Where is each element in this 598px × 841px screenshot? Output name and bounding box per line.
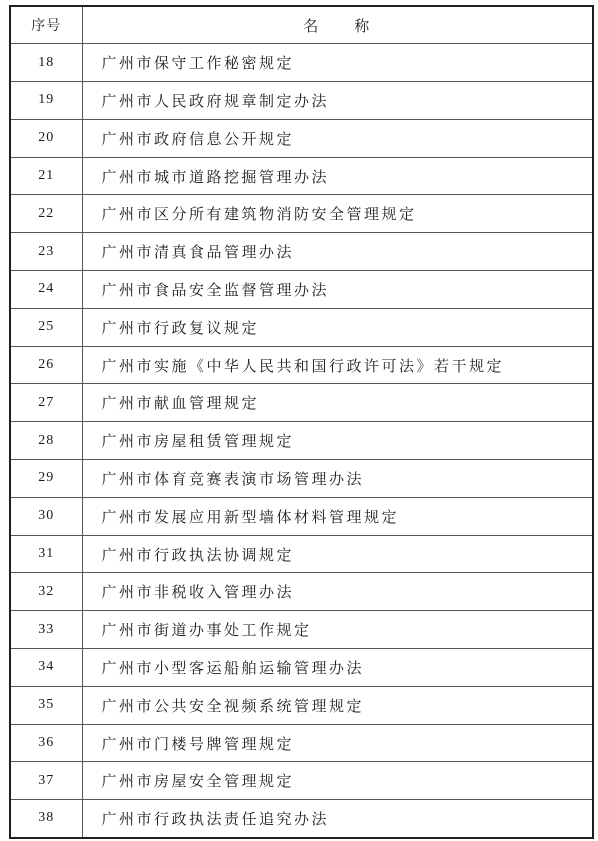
row-serial-number: 20: [10, 119, 82, 157]
row-regulation-name: 广州市房屋安全管理规定: [82, 762, 593, 800]
row-serial-number: 18: [10, 44, 82, 82]
row-serial-number: 28: [10, 422, 82, 460]
row-regulation-name: 广州市献血管理规定: [82, 384, 593, 422]
row-serial-number: 38: [10, 800, 82, 838]
row-regulation-name: 广州市行政执法责任追究办法: [82, 800, 593, 838]
row-regulation-name: 广州市政府信息公开规定: [82, 119, 593, 157]
row-regulation-name: 广州市区分所有建筑物消防安全管理规定: [82, 195, 593, 233]
header-cell-name: 名 称: [82, 6, 593, 44]
row-serial-number: 24: [10, 271, 82, 309]
row-serial-number: 35: [10, 686, 82, 724]
row-regulation-name: 广州市行政执法协调规定: [82, 535, 593, 573]
row-serial-number: 29: [10, 460, 82, 498]
row-regulation-name: 广州市实施《中华人民共和国行政许可法》若干规定: [82, 346, 593, 384]
row-regulation-name: 广州市街道办事处工作规定: [82, 611, 593, 649]
table-row: 37 广州市房屋安全管理规定: [10, 762, 593, 800]
row-regulation-name: 广州市非税收入管理办法: [82, 573, 593, 611]
table-row: 25 广州市行政复议规定: [10, 308, 593, 346]
table-row: 27 广州市献血管理规定: [10, 384, 593, 422]
table-row: 20 广州市政府信息公开规定: [10, 119, 593, 157]
table-row: 18 广州市保守工作秘密规定: [10, 44, 593, 82]
row-serial-number: 26: [10, 346, 82, 384]
row-regulation-name: 广州市城市道路挖掘管理办法: [82, 157, 593, 195]
table-row: 33 广州市街道办事处工作规定: [10, 611, 593, 649]
row-serial-number: 23: [10, 233, 82, 271]
table-row: 28 广州市房屋租赁管理规定: [10, 422, 593, 460]
row-serial-number: 27: [10, 384, 82, 422]
row-regulation-name: 广州市发展应用新型墙体材料管理规定: [82, 497, 593, 535]
table-row: 29 广州市体育竞赛表演市场管理办法: [10, 460, 593, 498]
table-row: 30 广州市发展应用新型墙体材料管理规定: [10, 497, 593, 535]
header-cell-serial-number: 序号: [10, 6, 82, 44]
row-serial-number: 36: [10, 724, 82, 762]
document-page: 序号 名 称 18 广州市保守工作秘密规定 19 广州市人民政府规章制定办法 2…: [0, 0, 598, 841]
row-serial-number: 34: [10, 649, 82, 687]
row-serial-number: 30: [10, 497, 82, 535]
row-regulation-name: 广州市房屋租赁管理规定: [82, 422, 593, 460]
row-serial-number: 19: [10, 82, 82, 120]
row-serial-number: 33: [10, 611, 82, 649]
table-row: 19 广州市人民政府规章制定办法: [10, 82, 593, 120]
table-row: 21 广州市城市道路挖掘管理办法: [10, 157, 593, 195]
table-row: 35 广州市公共安全视频系统管理规定: [10, 686, 593, 724]
row-serial-number: 37: [10, 762, 82, 800]
row-regulation-name: 广州市食品安全监督管理办法: [82, 271, 593, 309]
row-regulation-name: 广州市行政复议规定: [82, 308, 593, 346]
row-regulation-name: 广州市保守工作秘密规定: [82, 44, 593, 82]
table-row: 31 广州市行政执法协调规定: [10, 535, 593, 573]
row-serial-number: 32: [10, 573, 82, 611]
table-row: 38 广州市行政执法责任追究办法: [10, 800, 593, 838]
row-regulation-name: 广州市体育竞赛表演市场管理办法: [82, 460, 593, 498]
table-row: 22 广州市区分所有建筑物消防安全管理规定: [10, 195, 593, 233]
table-row: 23 广州市清真食品管理办法: [10, 233, 593, 271]
row-regulation-name: 广州市清真食品管理办法: [82, 233, 593, 271]
regulations-table: 序号 名 称 18 广州市保守工作秘密规定 19 广州市人民政府规章制定办法 2…: [9, 5, 594, 839]
row-serial-number: 22: [10, 195, 82, 233]
table-row: 26 广州市实施《中华人民共和国行政许可法》若干规定: [10, 346, 593, 384]
table-row: 36 广州市门楼号牌管理规定: [10, 724, 593, 762]
row-regulation-name: 广州市小型客运船舶运输管理办法: [82, 649, 593, 687]
table-row: 32 广州市非税收入管理办法: [10, 573, 593, 611]
row-regulation-name: 广州市门楼号牌管理规定: [82, 724, 593, 762]
header-row: 序号 名 称: [10, 6, 593, 44]
table-row: 34 广州市小型客运船舶运输管理办法: [10, 649, 593, 687]
row-regulation-name: 广州市公共安全视频系统管理规定: [82, 686, 593, 724]
row-serial-number: 31: [10, 535, 82, 573]
row-regulation-name: 广州市人民政府规章制定办法: [82, 82, 593, 120]
table-row: 24 广州市食品安全监督管理办法: [10, 271, 593, 309]
row-serial-number: 21: [10, 157, 82, 195]
row-serial-number: 25: [10, 308, 82, 346]
